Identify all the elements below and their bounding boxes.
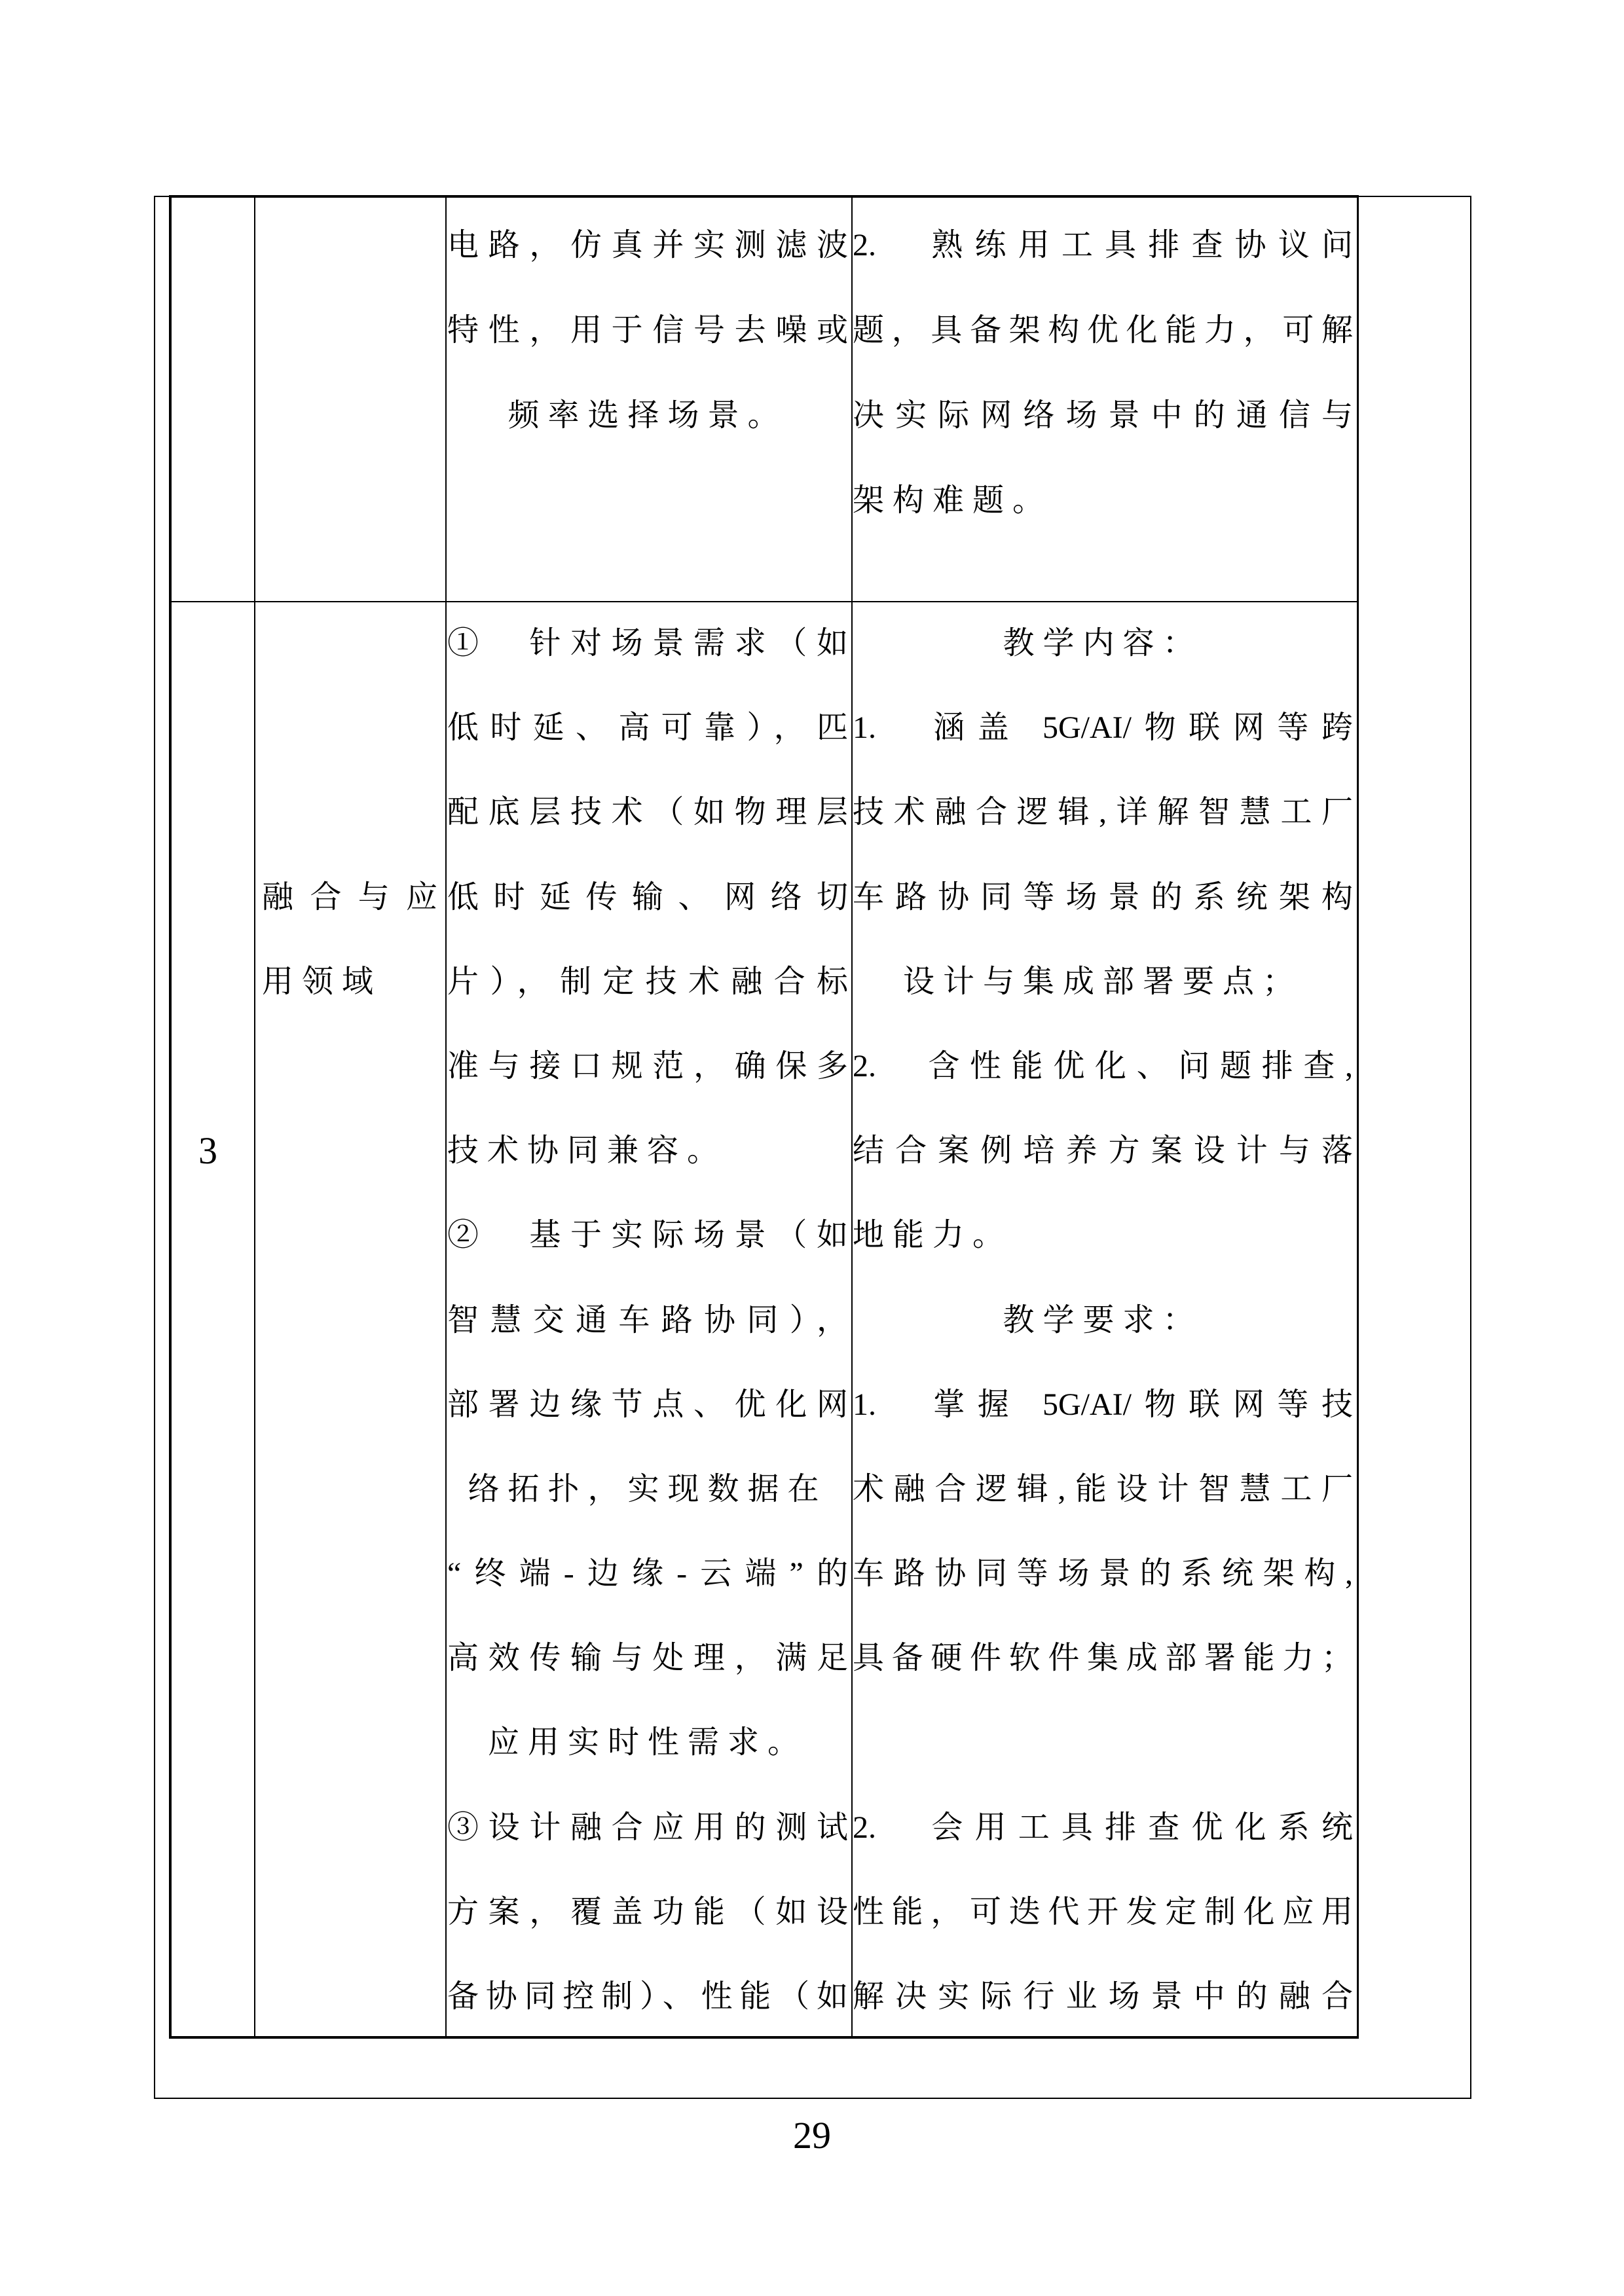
text-line: 片），制定技术融合标 <box>447 939 848 1024</box>
row1-col4-text-cell: 2. 熟练用工具排查协议问题，具备架构优化能力，可解决实际网络场景中的通信与架构… <box>853 198 1353 543</box>
text-line: 应用实时性需求。 <box>447 1700 848 1785</box>
row-index-number: 3 <box>170 1108 254 1193</box>
text-line: 车路协同等场景的系统架构 <box>853 855 1353 939</box>
text-line: 用领域 <box>262 939 437 1024</box>
text-line: 解决实际行业场景中的融合 <box>853 1954 1353 2039</box>
text-line: 1. 涵盖 5G/AI/物联网等跨 <box>853 685 1353 770</box>
row2-col4-text-cell: 教学内容：1. 涵盖 5G/AI/物联网等跨技术融合逻辑,详解智慧工厂车路协同等… <box>853 601 1353 2039</box>
text-line: 决实际网络场景中的通信与 <box>853 373 1353 458</box>
text-line: 教学内容： <box>853 601 1353 685</box>
text-line: 部署边缘节点、优化网 <box>447 1362 848 1447</box>
column-divider-1 <box>254 198 255 2036</box>
text-line: 备协同控制）、性能（如 <box>447 1954 848 2039</box>
text-line: 配底层技术（如物理层 <box>447 770 848 854</box>
text-line <box>853 1700 1353 1785</box>
column-divider-2 <box>445 198 447 2036</box>
text-line: 智慧交通车路协同）， <box>447 1278 848 1362</box>
text-line: 高效传输与处理，满足 <box>447 1616 848 1700</box>
row2-index-cell: 3 <box>170 601 254 1193</box>
text-line: 低时延传输、网络切 <box>447 855 848 939</box>
text-line: “终端-边缘-云端”的 <box>447 1531 848 1616</box>
text-line: 融合与应 <box>262 855 437 939</box>
text-line: 2. 熟练用工具排查协议问 <box>853 203 1353 288</box>
text-line: 特性，用于信号去噪或 <box>447 288 848 373</box>
text-line: ② 基于实际场景（如 <box>447 1193 848 1277</box>
text-line: 结合案例培养方案设计与落 <box>853 1108 1353 1193</box>
text-line: 题，具备架构优化能力，可解 <box>853 288 1353 373</box>
text-line: 低时延、高可靠），匹 <box>447 685 848 770</box>
text-line: 2. 会用工具排查优化系统 <box>853 1785 1353 1870</box>
text-line: 2. 含性能优化、问题排查, <box>853 1024 1353 1108</box>
page-number: 29 <box>0 2116 1624 2155</box>
text-line: 性能，可迭代开发定制化应用 <box>853 1870 1353 1954</box>
text-line: 准与接口规范，确保多 <box>447 1024 848 1108</box>
text-line: 络拓扑，实现数据在 <box>447 1447 848 1531</box>
text-line: 技术融合逻辑,详解智慧工厂 <box>853 770 1353 854</box>
row2-col3-text-cell: ① 针对场景需求（如低时延、高可靠），匹配底层技术（如物理层低时延传输、网络切片… <box>447 601 848 2039</box>
text-line: 技术协同兼容。 <box>447 1108 848 1193</box>
text-line: 频率选择场景。 <box>447 373 848 458</box>
document-page: 电路，仿真并实测滤波特性，用于信号去噪或频率选择场景。 2. 熟练用工具排查协议… <box>0 0 1624 2296</box>
text-line: ① 针对场景需求（如 <box>447 601 848 685</box>
text-line: 地能力。 <box>853 1193 1353 1277</box>
text-line: 术融合逻辑,能设计智慧工厂 <box>853 1447 1353 1531</box>
text-line: 车路协同等场景的系统架构, <box>853 1531 1353 1616</box>
text-line: 架构难题。 <box>853 458 1353 543</box>
text-line: 具备硬件软件集成部署能力； <box>853 1616 1353 1700</box>
text-line: 教学要求： <box>853 1278 1353 1362</box>
text-line: 1. 掌握 5G/AI/物联网等技 <box>853 1362 1353 1447</box>
text-line: 方案，覆盖功能（如设 <box>447 1870 848 1954</box>
text-line: ③设计融合应用的测试 <box>447 1785 848 1870</box>
row2-category-cell: 融合与应用领域 <box>262 601 437 1024</box>
text-line: 电路，仿真并实测滤波 <box>447 203 848 288</box>
row1-col3-text-cell: 电路，仿真并实测滤波特性，用于信号去噪或频率选择场景。 <box>447 198 848 458</box>
text-line: 设计与集成部署要点； <box>853 939 1353 1024</box>
